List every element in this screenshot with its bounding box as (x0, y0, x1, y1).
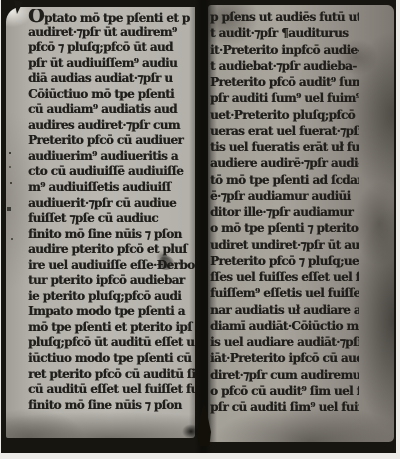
text-line: udiret undiret·⁊pſr ūt au- (210, 237, 359, 253)
text-line: Optato mō tpe pſenti et p (28, 9, 195, 25)
text-line: Preterito pfcō ⁊ pluſq;uer- (210, 253, 359, 269)
text-line: audiere audirē·⁊pſr audi- (210, 155, 359, 171)
text-line: o mō tpe pſenti ⁊ pterito ip- (210, 220, 359, 236)
text-line: Impato modo tpe pſenti a (28, 304, 195, 320)
text-line: iūctiuo modo tpe pſenti cū (28, 351, 195, 367)
text-line: audiuerit·⁊pſr cū audiue (28, 196, 195, 212)
text-line: m⁹ audiuiſſetis audiuiſſ (28, 180, 195, 196)
ink-blot (158, 256, 174, 270)
text-line: Preterito pfcō audit⁹ ſum (210, 74, 359, 90)
text-line: audiret·⁊pſr ūt audirem⁹ (28, 25, 195, 41)
text-line: pſr auditi ſum⁹ uel fuim⁹ (210, 90, 359, 106)
text-line: is uel audiare audiāt·⁊pſr (210, 334, 359, 350)
left-page: Optato mō tpe pſenti et paudiret·⁊pſr ūt… (6, 7, 195, 438)
paper-specks (9, 152, 11, 154)
right-page-text: p pſens ut audiēs futū utt audit·⁊pſr ¶a… (210, 9, 359, 437)
text-line: tur pterito ipfcō audiebar (28, 273, 195, 289)
text-line: diret·⁊pſr cum audiremur (210, 367, 359, 383)
text-line: pſr ūt audiuiſſem⁹ audiu (28, 56, 195, 72)
text-line: tis uel fueratis erāt uł fue (210, 139, 359, 155)
text-line: mō tpe pſenti et pterito ipſ (28, 320, 195, 336)
text-line: cū auditū eſſet uel fuiſſet fu (28, 382, 195, 398)
text-line: ie pterito pluſq;pfcō audi (28, 289, 195, 305)
text-line: diamī audiāt·Cōiūctio mō (210, 318, 359, 334)
text-line: diā audias audiat·⁊pſr u (28, 71, 195, 87)
manuscript-photo-page: Optato mō tpe pſenti et paudiret·⁊pſr ūt… (0, 0, 400, 459)
text-line: t audiebat·⁊pſr audieba- (210, 58, 359, 74)
text-line: o pfcō cū audit⁹ ſim uel fue- (210, 383, 359, 399)
text-line: iāt·Preterito ipfcō cū audi- (210, 350, 359, 366)
text-line: ē·⁊pſr audiamur audiūi (210, 188, 359, 204)
text-line: ueras erat uel fuerat·⁊pſr (210, 123, 359, 139)
text-line: audires audiret·⁊pſr cum (28, 118, 195, 134)
text-line: uet·Preterito pluſq;pfcō (210, 107, 359, 123)
text-line: Preterito pfcō cū audiuer (28, 133, 195, 149)
text-line: fuiſſem⁹ eſſetis uel fuiſſetis (210, 285, 359, 301)
text-line: ret pterito pfcō cū auditū ſi (28, 367, 195, 383)
text-line: audiuerim⁹ audiueritis a (28, 149, 195, 165)
text-line: Cōiūctiuo mō tpe pſenti (28, 87, 195, 103)
text-line: cū audiam⁹ audiatis aud (28, 102, 195, 118)
text-line: audire pterito pfcō et pluſ (28, 242, 195, 258)
right-page: p pſens ut audiēs futū utt audit·⁊pſr ¶a… (208, 5, 394, 442)
text-line: ſſes uel fuiſſes eſſet uel fuiſ- (210, 269, 359, 285)
text-line: finito mō ſine nūis ⁊ pſon (28, 227, 195, 243)
book-photo-frame: Optato mō tpe pſenti et paudiret·⁊pſr ūt… (1, 0, 396, 453)
text-line: cto cū audiuiſſē audiuiſſe (28, 164, 195, 180)
left-page-text: Optato mō tpe pſenti et paudiret·⁊pſr ūt… (28, 9, 195, 433)
text-line: pluſq;pfcō ūt auditū eſſet u (28, 335, 195, 351)
text-line: t audit·⁊pſr ¶auditurus (210, 25, 359, 41)
book-gutter-shadow (189, 0, 217, 453)
text-line: pfcō ⁊ pluſq;pfcō ūt aud (28, 40, 195, 56)
text-line: p pſens ut audiēs futū ut (210, 9, 359, 25)
text-line: pſr cū auditi ſim⁹ uel fuim⁹ (210, 399, 359, 415)
text-line: fuiſſet ⁊pſe cū audiuc (28, 211, 195, 227)
text-line: nar audiatis uł audiare au- (210, 302, 359, 318)
text-line: finito mō ſine nūis ⁊ pſon (28, 398, 195, 414)
text-line: ditor ille·⁊pſr audiamur (210, 204, 359, 220)
text-line: it·Preterito inpfcō audie- (210, 42, 359, 58)
text-line: tō mō tpe pſenti ad ſcdam (210, 172, 359, 188)
